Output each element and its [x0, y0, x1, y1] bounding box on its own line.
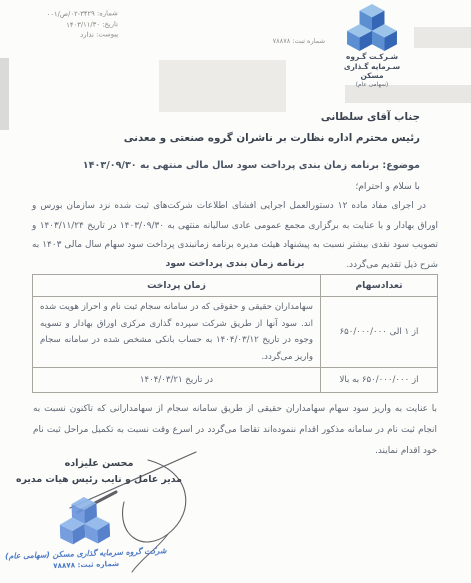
letter-date-value: ۱۴۰۳/۱۱/۳۰ [66, 20, 100, 29]
header-shares: تعدادسهام [321, 275, 438, 297]
letter-page: شماره: ۳۴۲۹-۰۲/ص/۰۰۱ تاریخ: ۱۴۰۳/۱۱/۳۰ پ… [0, 0, 471, 583]
header-payment-time: زمان پرداخت [33, 275, 321, 297]
shares-range-cell: از ۱ الی ۶۵۰/۰۰۰/۰۰۰ [321, 297, 438, 368]
subject-line: موضوع: برنامه زمان بندی پرداخت سود سال م… [83, 160, 420, 171]
company-name-line: شـرکـت گـروه [339, 52, 405, 62]
company-name-line: مسکن [339, 71, 405, 81]
company-name-line: سـرمایه گـذاری [339, 62, 405, 72]
shares-range-cell: از ۶۵۰/۰۰۰/۰۰۰ به بالا [321, 368, 438, 393]
company-logo-cubes-icon [347, 3, 397, 51]
scan-artifact [159, 60, 286, 112]
company-type: (سهامی عام) [339, 81, 405, 91]
company-name: شـرکـت گـروه سـرمایه گـذاری مسکن (سهامی … [339, 52, 405, 90]
stamp-registration: شماره ثبت: ۷۸۸۷۸ [31, 558, 141, 571]
scan-artifact [0, 58, 9, 130]
letter-number-value: ۳۴۲۹-۰۲/ص/۰۰۱ [47, 10, 95, 19]
payment-time-cell: در تاریخ ۱۴۰۴/۰۳/۲۱ [33, 368, 321, 393]
table-row: از ۱ الی ۶۵۰/۰۰۰/۰۰۰ سهامداران حقیقی و ح… [33, 297, 438, 368]
recipient-name: جناب آقای سلطانی [321, 111, 420, 123]
scan-artifact [414, 27, 471, 48]
letter-date-label: تاریخ: [102, 20, 118, 28]
stamp-cubes-icon [59, 495, 111, 545]
recipient-title: رئیس محترم اداره نظارت بر ناشران گروه صن… [124, 132, 420, 144]
letter-attachment-label: پیوست: [96, 30, 118, 38]
letter-attachment-value: ندارد [80, 31, 94, 39]
table-header-row: تعدادسهام زمان پرداخت [33, 275, 438, 297]
payment-schedule-table: تعدادسهام زمان پرداخت از ۱ الی ۶۵۰/۰۰۰/۰… [32, 274, 438, 393]
letterhead-meta: شماره: ۳۴۲۹-۰۲/ص/۰۰۱ تاریخ: ۱۴۰۳/۱۱/۳۰ پ… [22, 8, 119, 41]
letter-number-label: شماره: [97, 9, 118, 17]
letter-attachment: پیوست: ندارد [22, 29, 118, 41]
table-title: برنامه زمان بندی پرداخت سود [32, 258, 438, 269]
signatory-title: مدیر عامل و نایب رئیس هیات مدیره [0, 474, 199, 485]
signatory-name: محسن علیزاده [39, 458, 159, 469]
salutation: با سلام و احترام؛ [355, 181, 420, 192]
company-stamp: شرکت گروه سرمایه گذاری مسکن (سهامی عام) … [29, 494, 141, 571]
payment-time-cell: سهامداران حقیقی و حقوقی که در سامانه سجا… [33, 297, 321, 368]
registration-number: شماره ثبت: ۷۸۸۷۸ [273, 37, 325, 45]
closing-paragraph: با عنایت به واریز سود سهام سهامداران حقی… [33, 399, 437, 462]
stamp-company-line: شرکت گروه سرمایه گذاری مسکن (سهامی عام) [3, 546, 169, 561]
table-row: از ۶۵۰/۰۰۰/۰۰۰ به بالا در تاریخ ۱۴۰۴/۰۳/… [33, 368, 438, 393]
